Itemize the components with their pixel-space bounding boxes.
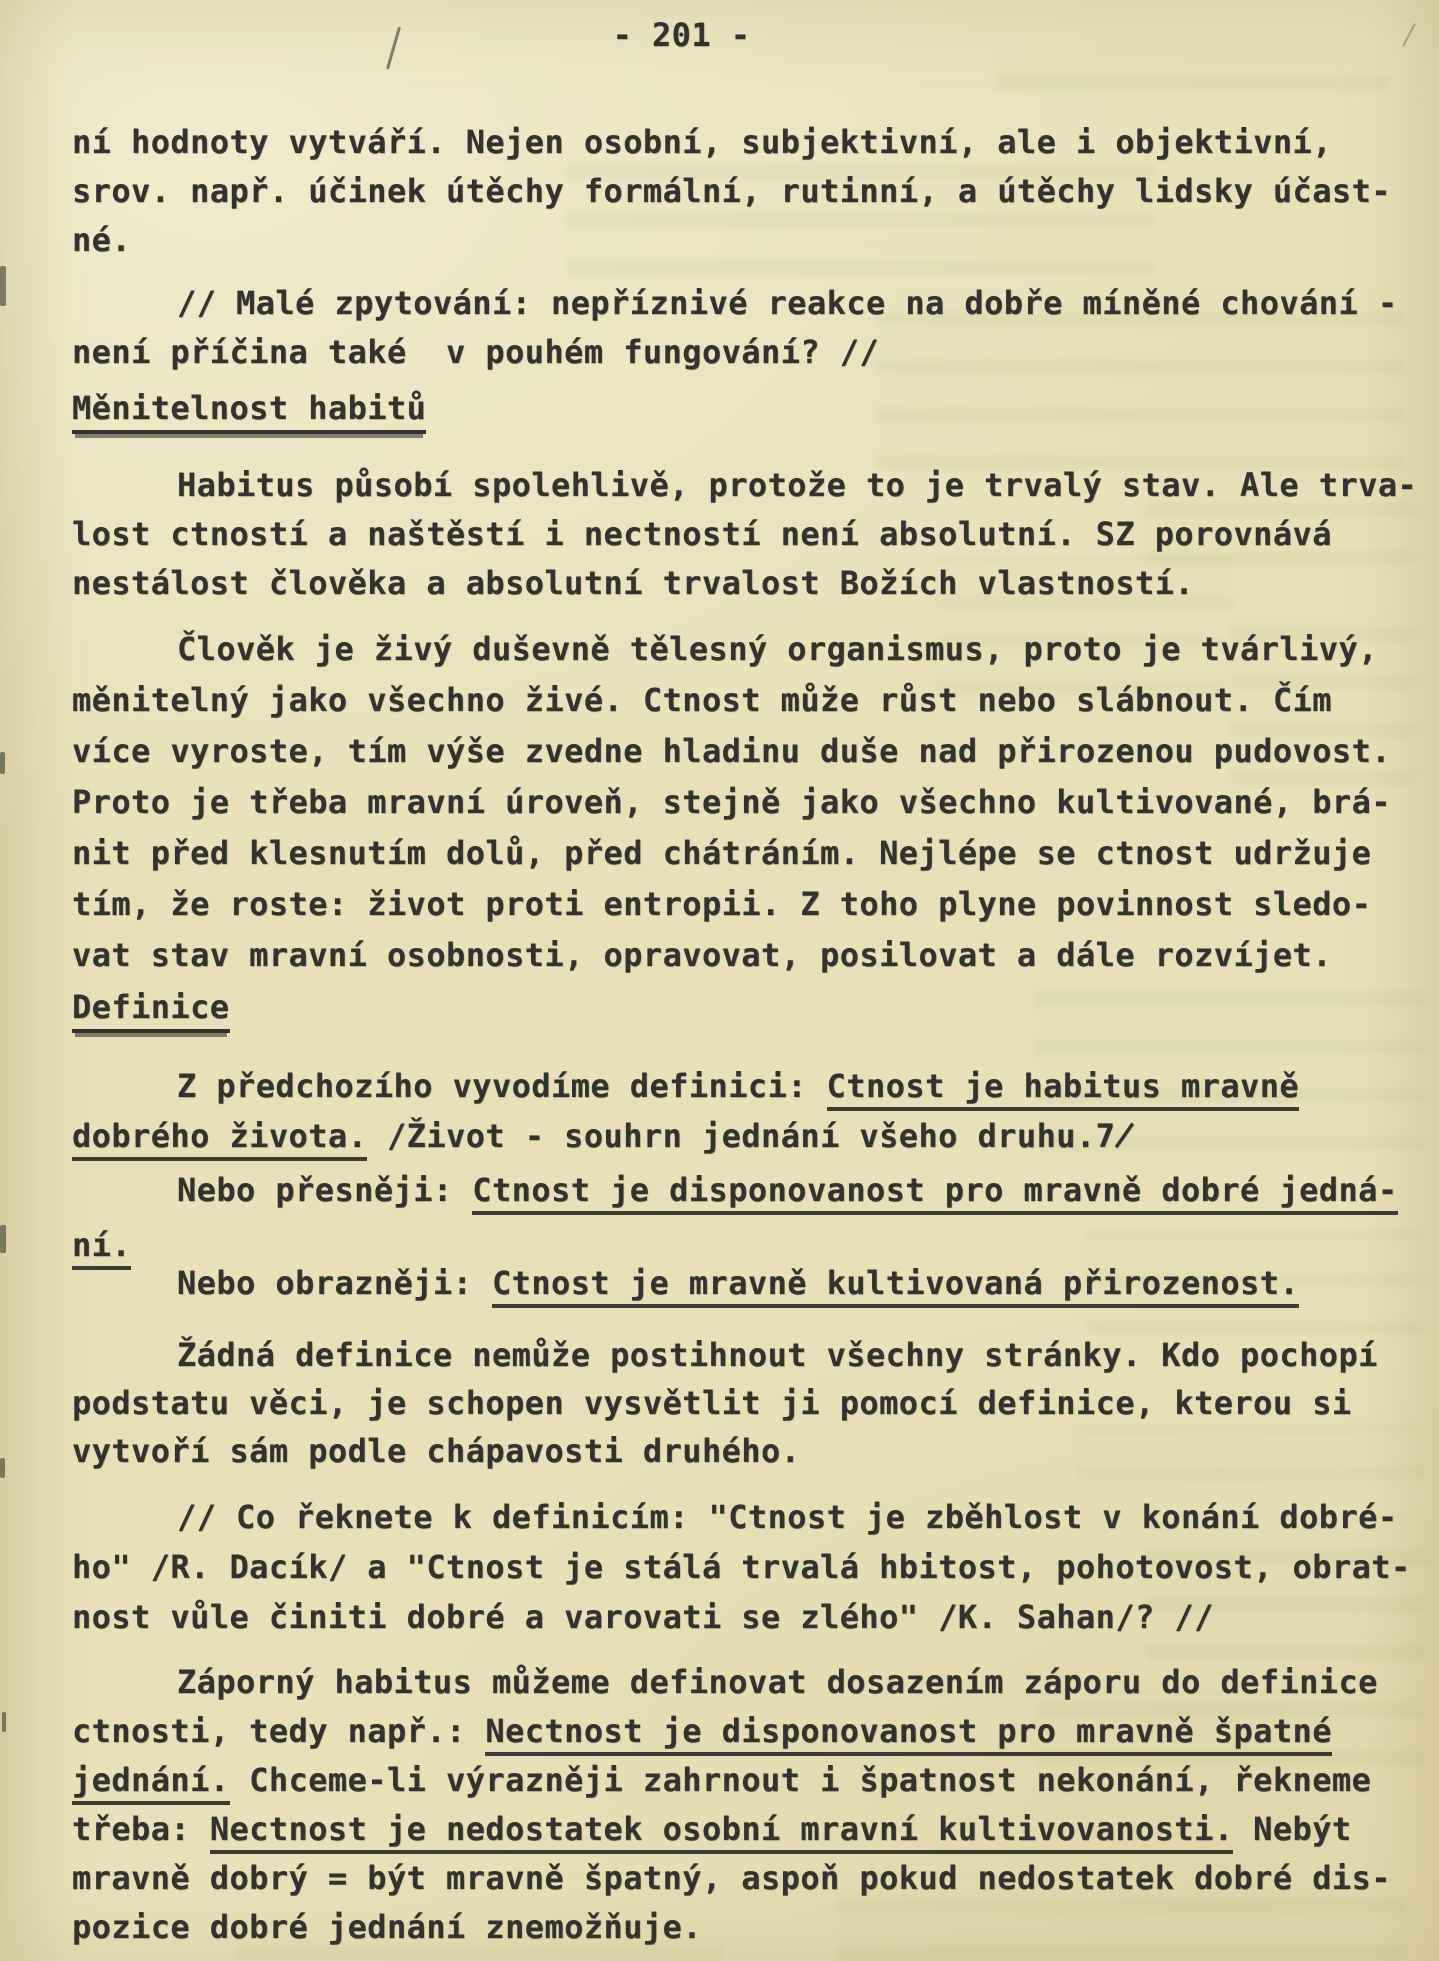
text-line: dobrého života. /Život - souhrn jednání …: [72, 1111, 1432, 1161]
text-line: Habitus působí spolehlivě, protože to je…: [72, 461, 1432, 510]
text-segment: nost vůle činiti dobré a varovati se zlé…: [72, 1598, 1214, 1636]
text-line: nit před klesnutím dolů, před chátráním.…: [72, 828, 1432, 879]
paragraph: Nebo přesněji: Ctnost je disponovanost p…: [72, 1163, 1432, 1273]
text-line: ní hodnoty vytváří. Nejen osobní, subjek…: [72, 118, 1432, 167]
text-line: ctnosti, tedy např.: Nectnost je dispono…: [72, 1707, 1432, 1756]
text-line: lost ctností a naštěstí i nectností není…: [72, 510, 1432, 559]
underlined-phrase: jednání.: [72, 1761, 230, 1805]
text-segment: nit před klesnutím dolů, před chátráním.…: [72, 834, 1371, 872]
paragraph: Nebo obrazněji: Ctnost je mravně kultivo…: [72, 1259, 1432, 1308]
text-line: Z předchozího vyvodíme definici: Ctnost …: [72, 1061, 1432, 1111]
text-line: třeba: Nectnost je nedostatek osobní mra…: [72, 1805, 1432, 1854]
paragraph: Žádná definice nemůže postihnout všechny…: [72, 1331, 1432, 1475]
text-line: více vyroste, tím výše zvedne hladinu du…: [72, 726, 1432, 777]
underlined-phrase: Ctnost je habitus mravně: [827, 1067, 1299, 1111]
text-segment: Habitus působí spolehlivě, protože to je…: [177, 466, 1417, 504]
underlined-phrase: Nectnost je nedostatek osobní mravní kul…: [210, 1810, 1234, 1854]
paragraph: Habitus působí spolehlivě, protože to je…: [72, 461, 1432, 608]
text-segment: lost ctností a naštěstí i nectností není…: [72, 515, 1332, 553]
text-segment: /Život - souhrn jednání všeho druhu.7̸: [367, 1117, 1134, 1155]
text-line: měnitelný jako všechno živé. Ctnost může…: [72, 675, 1432, 726]
text-segment: tím, že roste: život proti entropii. Z t…: [72, 885, 1371, 923]
text-segment: Záporný habitus můžeme definovat dosazen…: [177, 1663, 1378, 1701]
text-segment: Člověk je živý duševně tělesný organismu…: [177, 630, 1378, 668]
text-segment: vat stav mravní osobnosti, opravovat, po…: [72, 936, 1332, 974]
text-line: vytvoří sám podle chápavosti druhého.: [72, 1427, 1432, 1475]
underlined-phrase: Ctnost je mravně kultivovaná přirozenost…: [492, 1264, 1299, 1308]
text-line: jednání. Chceme-li výrazněji zahrnout i …: [72, 1756, 1432, 1805]
text-segment: třeba:: [72, 1810, 210, 1848]
underlined-phrase: Definice: [72, 988, 230, 1033]
text-line: není příčina také v pouhém fungování? //: [72, 328, 1432, 377]
text-line: // Co řeknete k definicím: "Ctnost je zb…: [72, 1492, 1432, 1542]
text-line: vat stav mravní osobnosti, opravovat, po…: [72, 930, 1432, 981]
text-segment: pozice dobré jednání znemožňuje.: [72, 1908, 702, 1946]
text-line: né.: [72, 216, 1432, 265]
text-line: srov. např. účinek útěchy formální, ruti…: [72, 167, 1432, 216]
text-line: Nebo přesněji: Ctnost je disponovanost p…: [72, 1163, 1432, 1218]
text-segment: // Malé zpytování: nepříznivé reakce na …: [177, 284, 1398, 322]
text-line: Člověk je živý duševně tělesný organismu…: [72, 624, 1432, 675]
text-line: ho" /R. Dacík/ a "Ctnost je stálá trvalá…: [72, 1542, 1432, 1592]
text-segment: více vyroste, tím výše zvedne hladinu du…: [72, 732, 1391, 770]
section-heading: Definice: [72, 983, 1432, 1032]
section-heading: Měnitelnost habitů: [72, 384, 1432, 433]
document-body: ní hodnoty vytváří. Nejen osobní, subjek…: [0, 0, 1439, 1961]
document-page: - 201 - ní hodnoty vytváří. Nejen osobní…: [0, 0, 1439, 1961]
text-segment: ní hodnoty vytváří. Nejen osobní, subjek…: [72, 123, 1332, 161]
underlined-phrase: dobrého života.: [72, 1117, 367, 1161]
text-segment: Chceme-li výrazněji zahrnout i špatnost …: [230, 1761, 1372, 1799]
paragraph: Záporný habitus můžeme definovat dosazen…: [72, 1658, 1432, 1952]
text-line: tím, že roste: život proti entropii. Z t…: [72, 879, 1432, 930]
text-line: nost vůle činiti dobré a varovati se zlé…: [72, 1592, 1432, 1642]
text-segment: Žádná definice nemůže postihnout všechny…: [177, 1336, 1378, 1374]
text-line: Proto je třeba mravní úroveň, stejně jak…: [72, 777, 1432, 828]
text-line: Nebo obrazněji: Ctnost je mravně kultivo…: [72, 1259, 1432, 1308]
text-line: Měnitelnost habitů: [72, 384, 1432, 433]
text-segment: Nebýt: [1233, 1810, 1351, 1848]
text-segment: není příčina také v pouhém fungování? //: [72, 333, 879, 371]
text-segment: podstatu věci, je schopen vysvětlit ji p…: [72, 1384, 1352, 1422]
paragraph: // Malé zpytování: nepříznivé reakce na …: [72, 279, 1432, 377]
text-line: nestálost člověka a absolutní trvalost B…: [72, 559, 1432, 608]
underlined-phrase: Nectnost je disponovanost pro mravně špa…: [485, 1712, 1331, 1756]
text-segment: srov. např. účinek útěchy formální, ruti…: [72, 172, 1391, 210]
underlined-phrase: Ctnost je disponovanost pro mravně dobré…: [472, 1171, 1397, 1215]
text-segment: né.: [72, 221, 131, 259]
text-segment: Z předchozího vyvodíme definici:: [177, 1067, 827, 1105]
text-segment: vytvoří sám podle chápavosti druhého.: [72, 1432, 800, 1470]
paragraph: Z předchozího vyvodíme definici: Ctnost …: [72, 1061, 1432, 1161]
text-segment: ho" /R. Dacík/ a "Ctnost je stálá trvalá…: [72, 1548, 1411, 1586]
text-segment: nestálost člověka a absolutní trvalost B…: [72, 564, 1194, 602]
text-segment: ctnosti, tedy např.:: [72, 1712, 485, 1750]
text-line: pozice dobré jednání znemožňuje.: [72, 1903, 1432, 1952]
text-segment: Nebo obrazněji:: [177, 1264, 492, 1302]
paragraph: Člověk je živý duševně tělesný organismu…: [72, 624, 1432, 981]
text-segment: mravně dobrý = být mravně špatný, aspoň …: [72, 1859, 1391, 1897]
text-segment: // Co řeknete k definicím: "Ctnost je zb…: [177, 1498, 1398, 1536]
text-line: podstatu věci, je schopen vysvětlit ji p…: [72, 1379, 1432, 1427]
underlined-phrase: Měnitelnost habitů: [72, 389, 426, 434]
text-line: Žádná definice nemůže postihnout všechny…: [72, 1331, 1432, 1379]
text-line: Záporný habitus můžeme definovat dosazen…: [72, 1658, 1432, 1707]
text-line: mravně dobrý = být mravně špatný, aspoň …: [72, 1854, 1432, 1903]
text-line: // Malé zpytování: nepříznivé reakce na …: [72, 279, 1432, 328]
text-line: Definice: [72, 983, 1432, 1032]
paragraph: // Co řeknete k definicím: "Ctnost je zb…: [72, 1492, 1432, 1642]
text-segment: měnitelný jako všechno živé. Ctnost může…: [72, 681, 1332, 719]
text-segment: Proto je třeba mravní úroveň, stejně jak…: [72, 783, 1391, 821]
paragraph: ní hodnoty vytváří. Nejen osobní, subjek…: [72, 118, 1432, 265]
text-segment: Nebo přesněji:: [177, 1171, 472, 1209]
